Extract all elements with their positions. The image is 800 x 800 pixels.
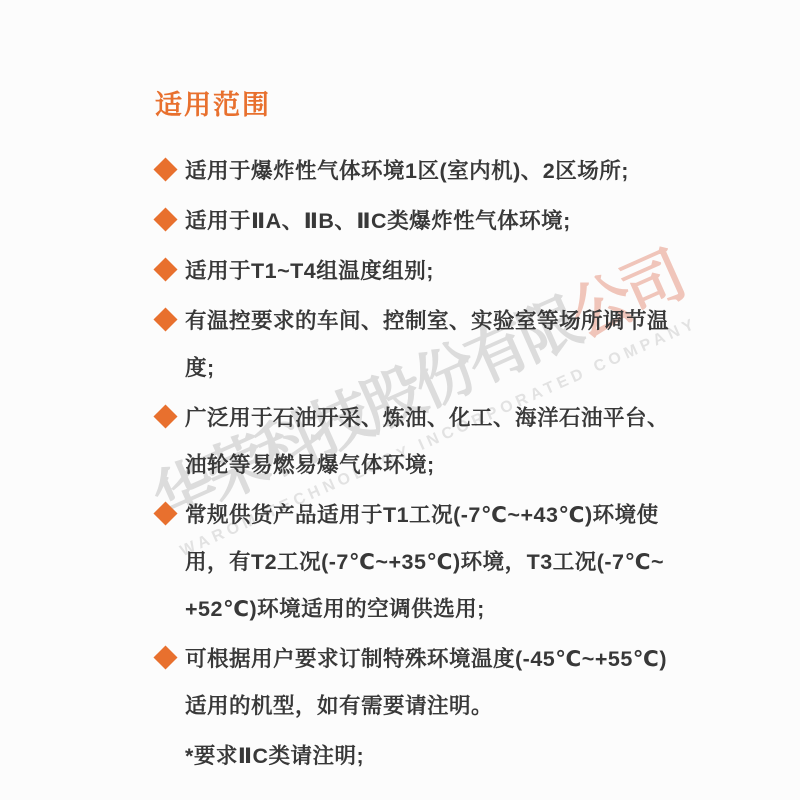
diamond-bullet-icon: [153, 307, 177, 331]
bullet-text: 适用于T1~T4组温度组别;: [185, 248, 434, 295]
bullet-item: 广泛用于石油开采、炼油、化工、海洋石油平台、 油轮等易燃易爆气体环境;: [155, 395, 680, 489]
diamond-bullet-icon: [153, 157, 177, 181]
diamond-bullet-icon: [153, 501, 177, 525]
bullet-item: 可根据用户要求订制特殊环境温度(-45℃~+55℃) 适用的机型，如有需要请注明…: [155, 636, 680, 730]
diamond-bullet-icon: [153, 257, 177, 281]
bullet-text: 有温控要求的车间、控制室、实验室等场所调节温度;: [185, 298, 680, 392]
content-column: 适用范围 适用于爆炸性气体环境1区(室内机)、2区场所; 适用于ⅡA、ⅡB、ⅡC…: [155, 90, 680, 780]
bullet-item: 常规供货产品适用于T1工况(-7℃~+43℃)环境使 用，有T2工况(-7℃~+…: [155, 492, 680, 633]
bullet-text: 适用于ⅡA、ⅡB、ⅡC类爆炸性气体环境;: [185, 198, 571, 245]
page-title: 适用范围: [155, 90, 680, 120]
diamond-bullet-icon: [153, 404, 177, 428]
footnote: *要求ⅡC类请注明;: [185, 733, 680, 780]
bullet-list: 适用于爆炸性气体环境1区(室内机)、2区场所; 适用于ⅡA、ⅡB、ⅡC类爆炸性气…: [155, 148, 680, 730]
bullet-text: 广泛用于石油开采、炼油、化工、海洋石油平台、 油轮等易燃易爆气体环境;: [185, 395, 669, 489]
bullet-item: 有温控要求的车间、控制室、实验室等场所调节温度;: [155, 298, 680, 392]
bullet-text: 常规供货产品适用于T1工况(-7℃~+43℃)环境使 用，有T2工况(-7℃~+…: [185, 492, 664, 633]
bullet-item: 适用于爆炸性气体环境1区(室内机)、2区场所;: [155, 148, 680, 195]
diamond-bullet-icon: [153, 207, 177, 231]
bullet-item: 适用于T1~T4组温度组别;: [155, 248, 680, 295]
document-page: 华荣科技股份有限公司 WAROM TECHNOLOGY INCORPORATED…: [0, 0, 800, 800]
bullet-item: 适用于ⅡA、ⅡB、ⅡC类爆炸性气体环境;: [155, 198, 680, 245]
bullet-text: 适用于爆炸性气体环境1区(室内机)、2区场所;: [185, 148, 629, 195]
diamond-bullet-icon: [153, 645, 177, 669]
bullet-text: 可根据用户要求订制特殊环境温度(-45℃~+55℃) 适用的机型，如有需要请注明…: [185, 636, 667, 730]
